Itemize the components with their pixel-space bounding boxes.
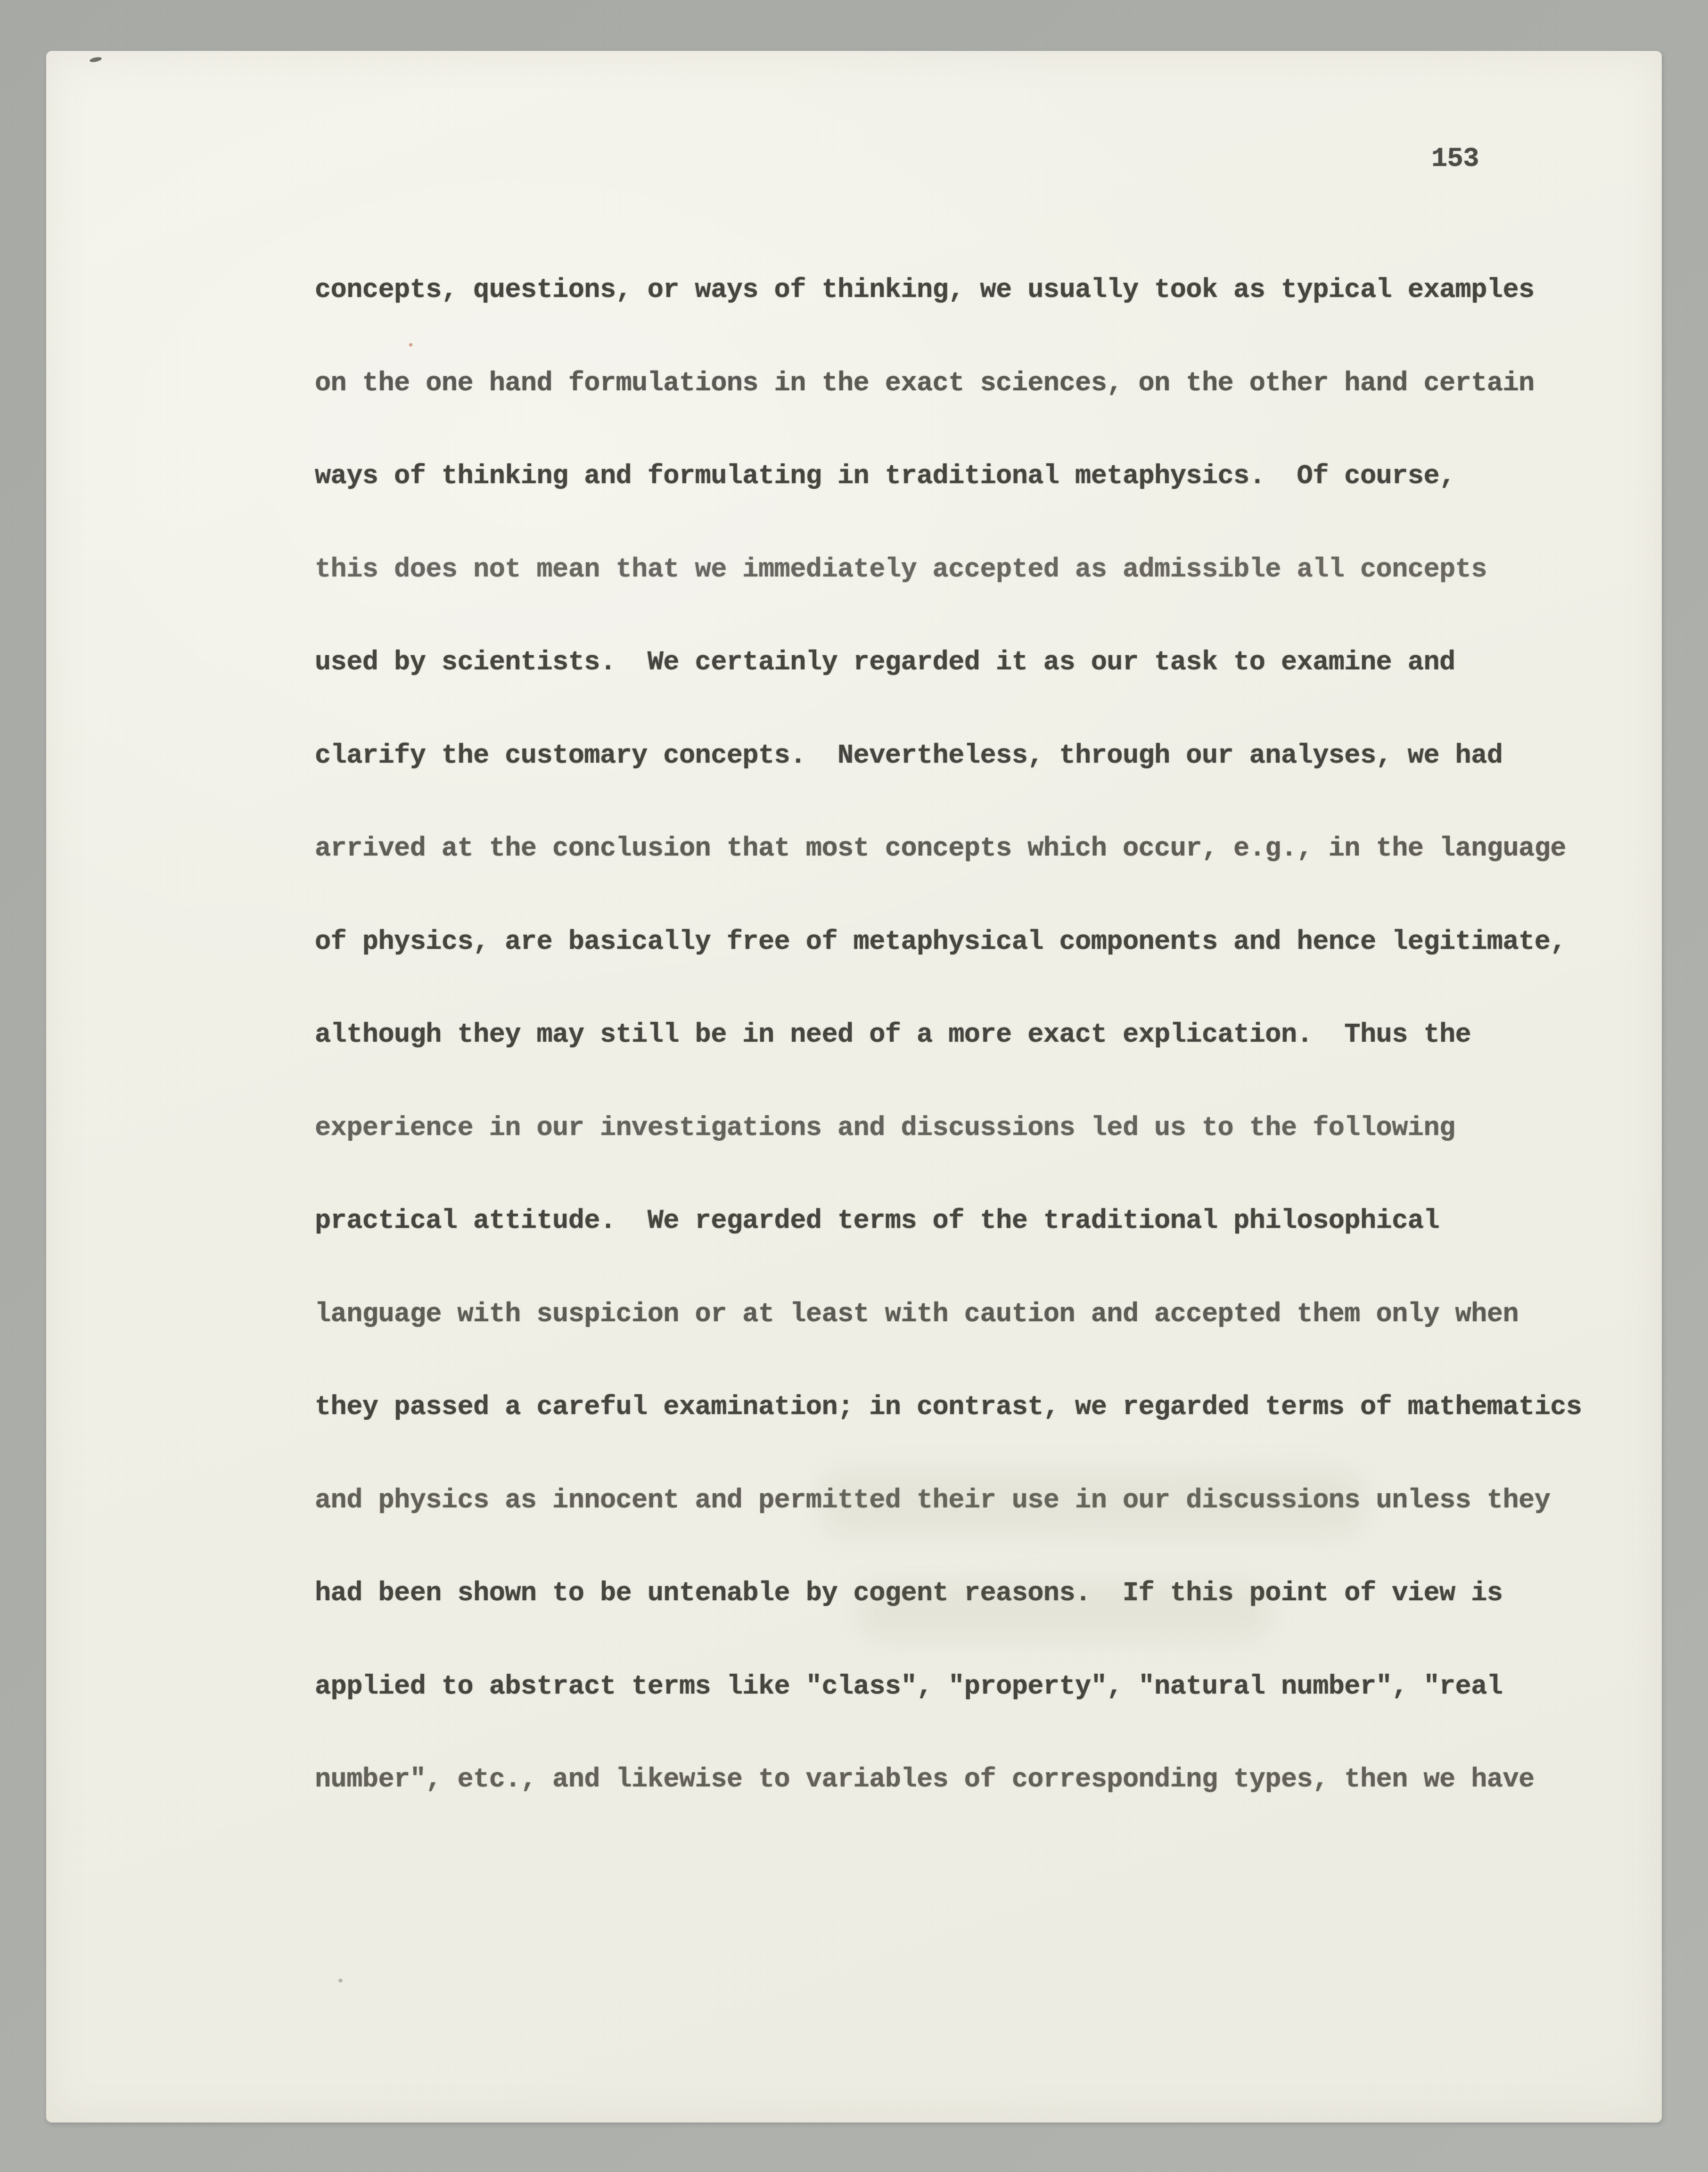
typed-line: number", etc., and likewise to variables…: [315, 1734, 1625, 1827]
typed-line: clarify the customary concepts. Neverthe…: [315, 710, 1625, 803]
typed-line: applied to abstract terms like "class", …: [315, 1641, 1625, 1734]
paper-speck: [409, 343, 412, 346]
typed-line: although they may still be in need of a …: [315, 989, 1625, 1082]
document-page: 153 concepts, questions, or ways of thin…: [46, 51, 1662, 2123]
typed-line: concepts, questions, or ways of thinking…: [315, 244, 1625, 337]
bleed-through-artifact: [819, 1470, 1366, 1536]
typed-line: arrived at the conclusion that most conc…: [315, 803, 1625, 896]
typed-line: of physics, are basically free of metaph…: [315, 896, 1625, 989]
typed-line: experience in our investigations and dis…: [315, 1082, 1625, 1176]
typed-line: language with suspicion or at least with…: [315, 1268, 1625, 1362]
scanner-background: 153 concepts, questions, or ways of thin…: [0, 0, 1708, 2172]
typed-line: practical attitude. We regarded terms of…: [315, 1175, 1625, 1268]
page-number: 153: [1431, 145, 1479, 173]
typed-line: this does not mean that we immediately a…: [315, 524, 1625, 617]
paper-speck: [89, 56, 102, 63]
typed-line: on the one hand formulations in the exac…: [315, 337, 1625, 431]
paper-speck: [338, 1979, 343, 1983]
bleed-through-artifact: [857, 1583, 1272, 1639]
typed-line: ways of thinking and formulating in trad…: [315, 430, 1625, 524]
typed-line: used by scientists. We certainly regarde…: [315, 617, 1625, 710]
typed-line: they passed a careful examination; in co…: [315, 1361, 1625, 1455]
